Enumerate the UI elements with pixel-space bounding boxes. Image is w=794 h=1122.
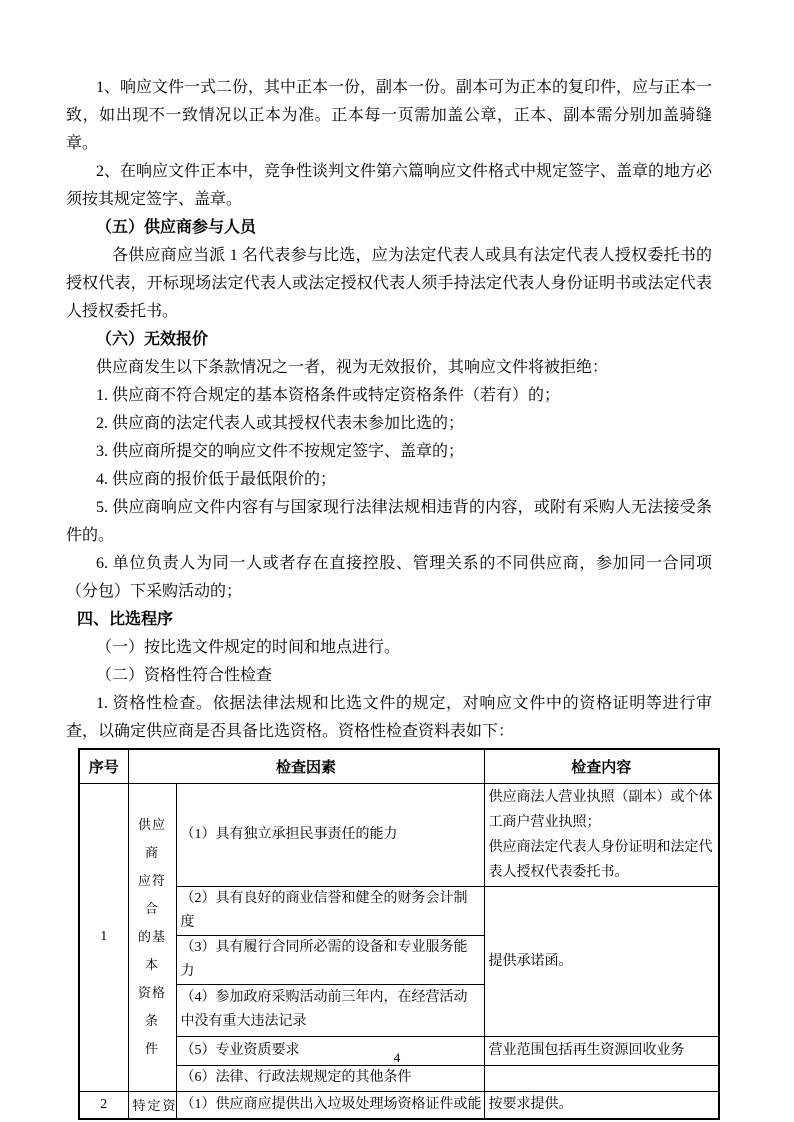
table-row: 1 供应商 应符合 的基本 资格条 件 （1）具有独立承担民事责任的能力 供应商… (79, 783, 719, 886)
col-header-check-content: 检查内容 (484, 749, 719, 783)
heading-selection-procedure: 四、比选程序 (66, 606, 712, 634)
para-qualification-check-desc: 1. 资格性检查。依据法律法规和比选文件的规定，对响应文件中的资格证明等进行审查… (66, 690, 712, 746)
para-invalid-item-5: 5. 供应商响应文件内容有与国家现行法律法规相违背的内容，或附有采购人无法接受条… (66, 494, 712, 550)
row1-category-cell: 供应商 应符合 的基本 资格条 件 (128, 783, 176, 1091)
row1-item1-cell: （1）具有独立承担民事责任的能力 (176, 783, 484, 886)
para-invalid-item-2: 2. 供应商的法定代表人或其授权代表未参加比选的； (66, 410, 712, 438)
para-invalid-item-6: 6. 单位负责人为同一人或者存在直接控股、管理关系的不同供应商，参加同一合同项（… (66, 550, 712, 606)
para-response-file-copies: 1、响应文件一式二份，其中正本一份，副本一份。副本可为正本的复印件，应与正本一致… (66, 74, 712, 158)
row1-item3-cell: （3）具有履行合同所必需的设备和专业服务能力 (176, 935, 484, 984)
row1-item2-cell: （2）具有良好的商业信誉和健全的财务会计制度 (176, 886, 484, 935)
row1-item4-cell: （4）参加政府采购活动前三年内，在经营活动中没有重大违法记录 (176, 984, 484, 1036)
heading-supplier-participants: （五）供应商参与人员 (66, 214, 712, 242)
para-invalid-quotation-intro: 供应商发生以下条款情况之一者，视为无效报价，其响应文件将被拒绝： (66, 354, 712, 382)
row1-content6-cell (484, 1065, 719, 1091)
row2-content1-cell: 按要求提供。 (484, 1091, 719, 1119)
row2-serial-cell: 2 (79, 1091, 128, 1119)
row1-content234-cell: 提供承诺函。 (484, 886, 719, 1036)
row2-item1-cell: （1）供应商应提供出入垃圾处理场资格证件或能 (176, 1091, 484, 1119)
para-invalid-item-1: 1. 供应商不符合规定的基本资格条件或特定资格条件（若有）的； (66, 382, 712, 410)
heading-invalid-quotation: （六）无效报价 (66, 326, 712, 354)
row2-category-cell: 特定资 (128, 1091, 176, 1119)
document-body: 1、响应文件一式二份，其中正本一份，副本一份。副本可为正本的复印件，应与正本一致… (66, 0, 712, 1120)
para-qualification-conformity-check: （二）资格性符合性检查 (66, 662, 712, 690)
document-page: 1、响应文件一式二份，其中正本一份，副本一份。副本可为正本的复印件，应与正本一致… (0, 0, 794, 1122)
col-header-check-factor: 检查因素 (128, 749, 484, 783)
col-header-serial: 序号 (79, 749, 128, 783)
page-number: 4 (0, 1050, 794, 1066)
row1-item6-cell: （6）法律、行政法规规定的其他条件 (176, 1065, 484, 1091)
row1-serial-cell: 1 (79, 783, 128, 1091)
para-supplier-representative: 各供应商应当派 1 名代表参与比选，应为法定代表人或具有法定代表人授权委托书的授… (66, 242, 712, 326)
para-invalid-item-3: 3. 供应商所提交的响应文件不按规定签字、盖章的； (66, 438, 712, 466)
para-invalid-item-4: 4. 供应商的报价低于最低限价的； (66, 466, 712, 494)
para-procedure-time-place: （一）按比选文件规定的时间和地点进行。 (66, 634, 712, 662)
para-signature-seal-requirement: 2、在响应文件正本中，竞争性谈判文件第六篇响应文件格式中规定签字、盖章的地方必须… (66, 158, 712, 214)
table-row: 2 特定资 （1）供应商应提供出入垃圾处理场资格证件或能 按要求提供。 (79, 1091, 719, 1119)
row1-content1-cell: 供应商法人营业执照（副本）或个体工商户营业执照； 供应商法定代表人身份证明和法定… (484, 783, 719, 886)
